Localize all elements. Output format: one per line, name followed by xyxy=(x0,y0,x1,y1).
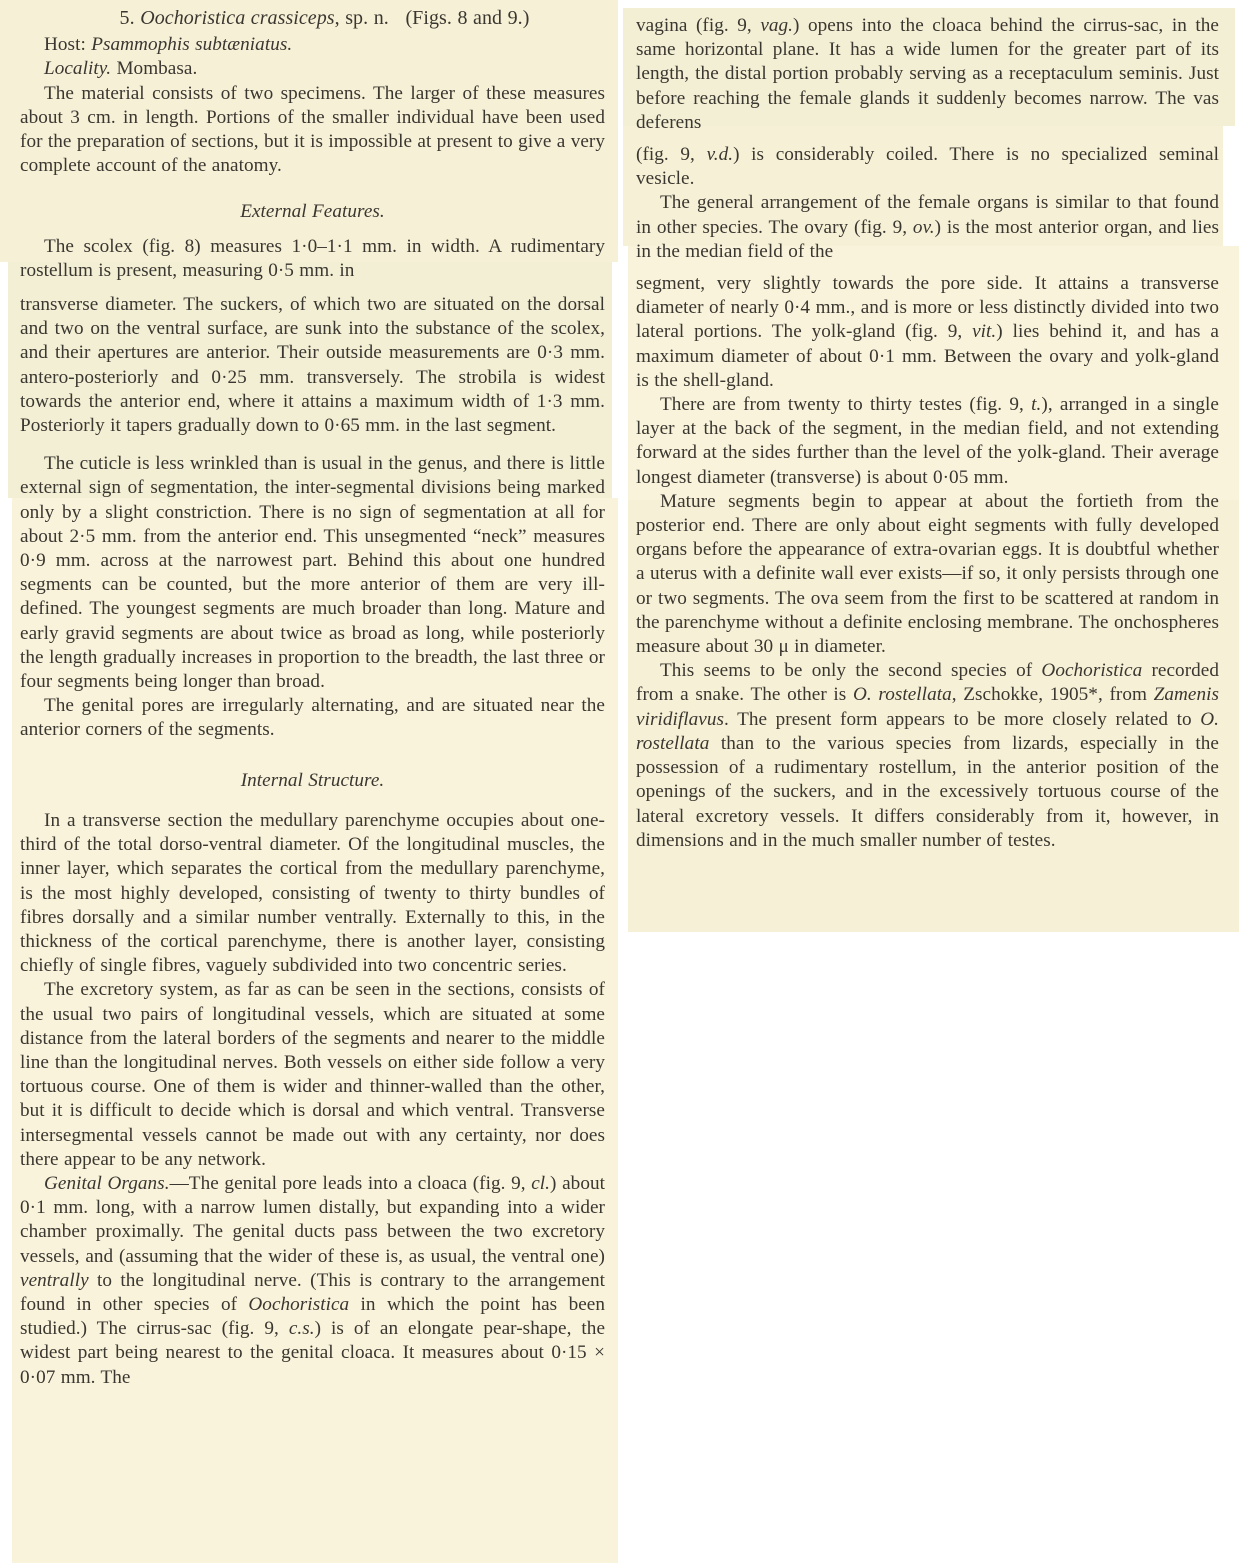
female-organs-paragraph-b: segment, very slightly towards the pore … xyxy=(636,272,1219,393)
external-paragraph-3: The genital pores are irregularly altern… xyxy=(20,694,605,742)
mature-segments-paragraph: Mature segments begin to appear at about… xyxy=(636,490,1219,659)
host-line: Host: Psammophis subtæniatus. xyxy=(20,33,605,57)
right-paragraph-1a: vagina (fig. 9, vag.) opens into the clo… xyxy=(636,14,1219,135)
locality-line: Locality. Mombasa. xyxy=(20,57,605,81)
figure-reference: (Figs. 8 and 9.) xyxy=(405,7,529,29)
left-column: 5. Oochoristica crassiceps, sp. n. (Figs… xyxy=(20,6,605,1390)
external-paragraph-2: The cuticle is less wrinkled than is usu… xyxy=(20,452,605,694)
comparison-paragraph: This seems to be only the second species… xyxy=(636,659,1219,853)
genital-organs-paragraph: Genital Organs.—The genital pore leads i… xyxy=(20,1172,605,1390)
internal-paragraph-2: The excretory system, as far as can be s… xyxy=(20,978,605,1172)
genital-organs-label: Genital Organs. xyxy=(44,1173,170,1194)
right-paragraph-1b: (fig. 9, v.d.) is considerably coiled. T… xyxy=(636,143,1219,191)
right-column: vagina (fig. 9, vag.) opens into the clo… xyxy=(636,14,1219,853)
section-heading-external-features: External Features. xyxy=(20,200,605,224)
external-paragraph-1b: transverse diameter. The suckers, of whi… xyxy=(20,293,605,438)
intro-paragraph: The material consists of two specimens. … xyxy=(20,82,605,179)
female-organs-paragraph-a: The general arrangement of the female or… xyxy=(636,191,1219,264)
internal-paragraph-1: In a transverse section the medullary pa… xyxy=(20,809,605,978)
testes-paragraph: There are from twenty to thirty testes (… xyxy=(636,393,1219,490)
section-heading-internal-structure: Internal Structure. xyxy=(20,769,605,793)
species-name: Oochoristica crassiceps xyxy=(140,7,334,29)
article-title: 5. Oochoristica crassiceps, sp. n. (Figs… xyxy=(20,6,605,30)
external-paragraph-1a: The scolex (fig. 8) measures 1·0–1·1 mm.… xyxy=(20,235,605,283)
